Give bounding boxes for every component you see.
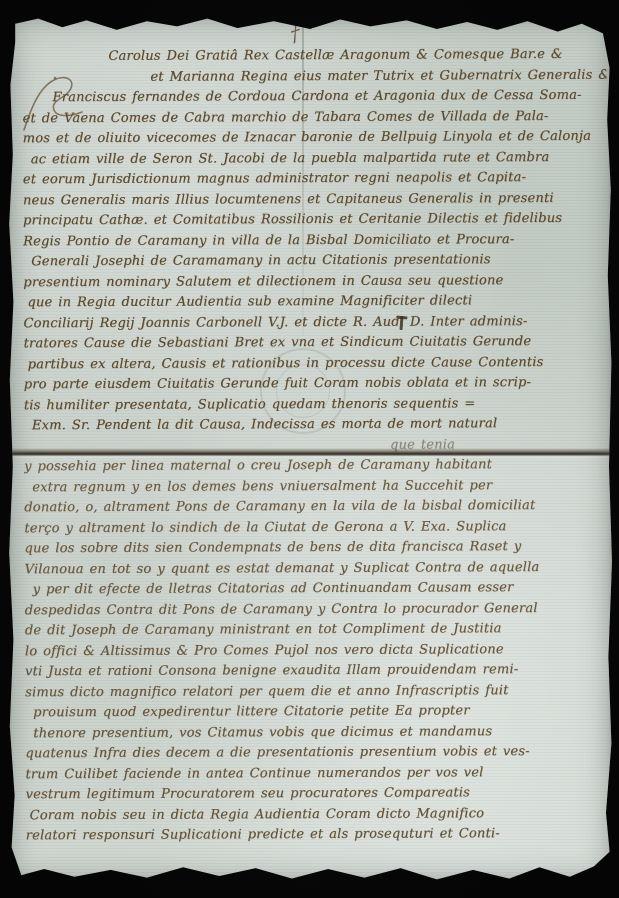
manuscript-line: vti Justa et rationi Consona benigne exa…: [25, 660, 609, 683]
manuscript-line: thenore presentium, vos Citamus vobis qu…: [33, 721, 609, 744]
manuscript-line: terço y altrament lo sindich de la Ciuta…: [24, 516, 608, 539]
manuscript-line: et Marianna Regina eius mater Tutrix et …: [150, 65, 606, 87]
manuscript-paper: † Carolus Dei Gratiâ Rex Castellæ Aragon…: [8, 16, 612, 882]
manuscript-line: extra regnum y en los demes bens vniuers…: [32, 475, 608, 498]
manuscript-line: y per dit efecte de lletras Citatorias a…: [33, 578, 609, 601]
manuscript-line: Carolus Dei Gratiâ Rex Castellæ Aragonum…: [108, 45, 606, 68]
manuscript-line: simus dicto magnifico relatori per quem …: [25, 680, 609, 703]
manuscript-line: quatenus Infra dies decem a die presenta…: [25, 742, 609, 765]
manuscript-line: donatio, o, altrament Pons de Caramany e…: [24, 496, 608, 519]
manuscript-line: pro parte eiusdem Ciuitatis Gerunde fuit…: [24, 373, 608, 396]
manuscript-line: Exm. Sr. Pendent la dit Causa, Indecissa…: [32, 414, 608, 437]
manuscript-line: relatori responsuri Suplicationi predict…: [26, 824, 610, 847]
top-cross-mark: †: [289, 21, 299, 48]
manuscript-line: despedidas Contra dit Pons de Caramany y…: [25, 598, 609, 621]
manuscript-line: partibus ex altera, Causis et rationibus…: [28, 352, 608, 375]
manuscript-line: Coram nobis seu in dicta Regia Audientia…: [30, 803, 610, 826]
manuscript-line: et de Vaena Comes de Cabra marchio de Ta…: [23, 106, 607, 129]
manuscript-line: tratores Cause die Sebastiani Bret ex vn…: [24, 332, 608, 355]
manuscript-line: Conciliarij Regij Joannis Carbonell V.J.…: [23, 311, 607, 334]
manuscript-line: mos et de oliuito vicecomes de Iznacar b…: [23, 127, 607, 150]
manuscript-line: Regis Pontio de Caramany in villa de la …: [23, 229, 607, 252]
manuscript-line: de dit Joseph de Caramany ministrant en …: [25, 619, 609, 642]
manuscript-line: que los sobre dits sien Condempnats de b…: [24, 537, 608, 560]
manuscript-line: ac etiam ville de Seron St. Jacobi de la…: [31, 147, 607, 170]
scan-background: † Carolus Dei Gratiâ Rex Castellæ Aragon…: [0, 0, 619, 898]
manuscript-line: trum Cuilibet faciende in antea Continue…: [25, 762, 609, 785]
manuscript-line: neus Generalis maris Illius locumtenens …: [23, 188, 607, 211]
manuscript-line: y possehia per linea maternal o creu Jos…: [24, 455, 608, 478]
manuscript-line: Generali Josephi de Caramamany in actu C…: [31, 250, 607, 273]
manuscript-line: tis humiliter presentata, Suplicatio que…: [24, 393, 608, 416]
manuscript-lines: Carolus Dei Gratiâ Rex Castellæ Aragonum…: [22, 45, 609, 847]
manuscript-line: presentium nominary Salutem et dilection…: [23, 270, 607, 293]
manuscript-line: vestrum legitimum Procuratorem seu procu…: [25, 783, 609, 806]
manuscript-line: que in Regia ducitur Audientia sub exami…: [27, 291, 607, 314]
manuscript-line: prouisum quod expedirentur littere Citat…: [33, 701, 609, 724]
manuscript-line: que tenia: [390, 434, 608, 455]
manuscript-line: et eorum Jurisdictionum magnus administr…: [23, 168, 607, 191]
manuscript-line: lo offici & Altissimus & Pro Comes Pujol…: [25, 639, 609, 662]
manuscript-line: Franciscus fernandes de Cordoua Cardona …: [52, 86, 606, 109]
manuscript-line: Vilanoua en tot so y quant es estat dema…: [24, 557, 608, 580]
manuscript-line: principatu Cathæ. et Comitatibus Rossili…: [23, 209, 607, 232]
